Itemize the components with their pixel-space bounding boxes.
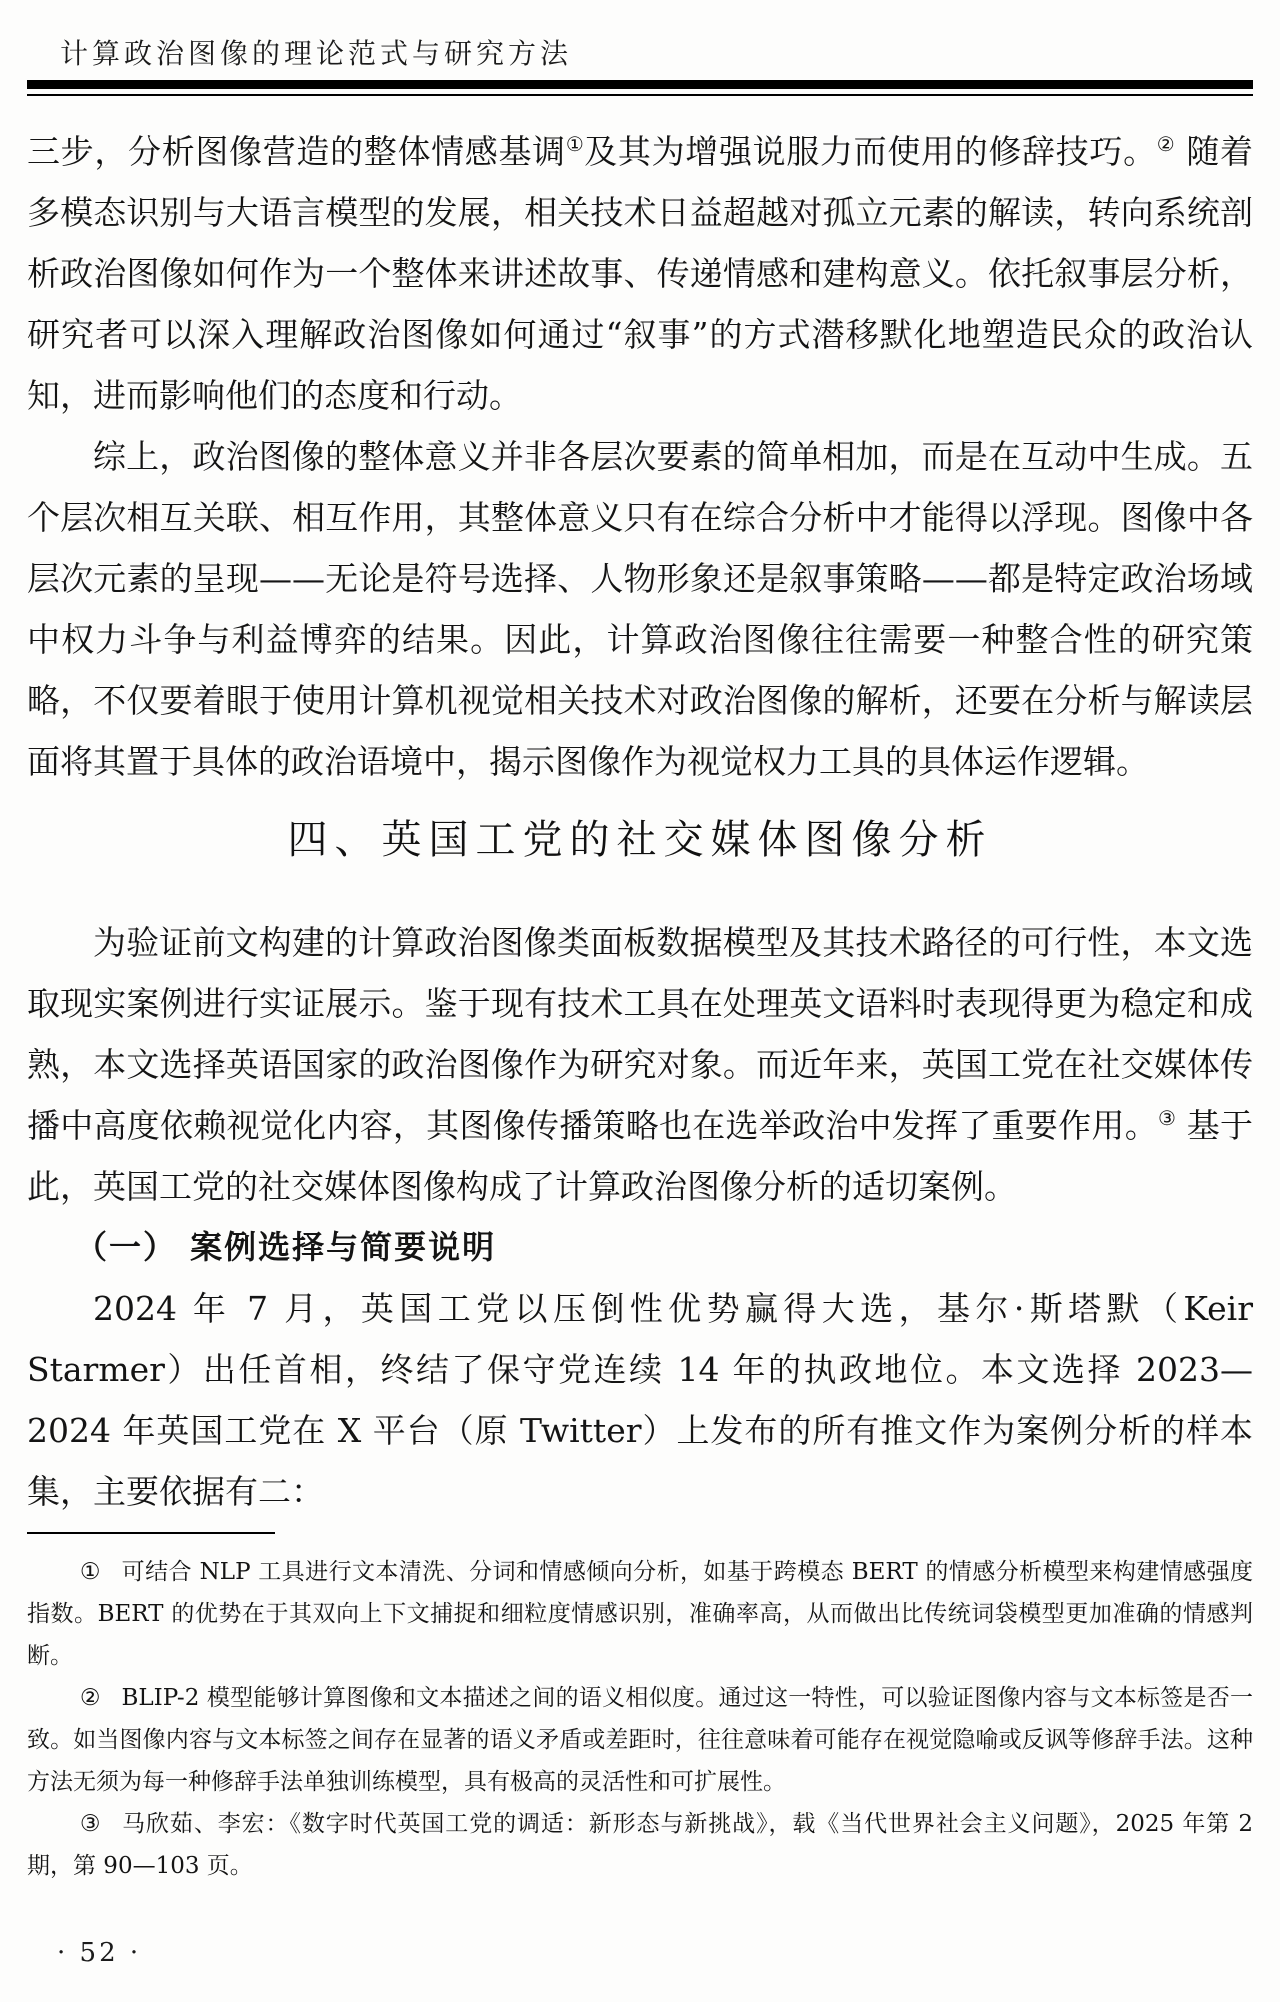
- subsection-heading: （一） 案例选择与简要说明: [27, 1217, 1253, 1278]
- footnote-reference-mark: ①: [566, 133, 584, 156]
- footnote-reference-mark: ③: [1158, 1107, 1176, 1130]
- footnote-3-marker: ③: [80, 1811, 102, 1837]
- footnote-reference-mark: ②: [1157, 133, 1175, 156]
- header-rule-thick: [27, 80, 1253, 89]
- body-paragraph-2: 综上，政治图像的整体意义并非各层次要素的简单相加，而是在互动中生成。五个层次相互…: [27, 426, 1253, 792]
- article-body: 三步，分析图像营造的整体情感基调①及其为增强说服力而使用的修辞技巧。② 随着多模…: [27, 121, 1253, 1522]
- footnotes-block: ①可结合 NLP 工具进行文本清洗、分词和情感倾向分析，如基于跨模态 BERT …: [27, 1551, 1253, 1887]
- journal-page: 计算政治图像的理论范式与研究方法 三步，分析图像营造的整体情感基调①及其为增强说…: [0, 0, 1280, 2002]
- header-rule-thin: [27, 94, 1253, 96]
- footnote-2-marker: ②: [80, 1685, 101, 1711]
- body-paragraph-1: 三步，分析图像营造的整体情感基调①及其为增强说服力而使用的修辞技巧。② 随着多模…: [27, 121, 1253, 426]
- footnote-1: ①可结合 NLP 工具进行文本清洗、分词和情感倾向分析，如基于跨模态 BERT …: [27, 1551, 1253, 1677]
- section-heading: 四、英国工党的社交媒体图像分析: [27, 808, 1253, 872]
- footnote-2-text: BLIP-2 模型能够计算图像和文本描述之间的语义相似度。通过这一特性，可以验证…: [27, 1685, 1253, 1795]
- body-paragraph-4: 2024 年 7 月，英国工党以压倒性优势赢得大选，基尔·斯塔默（Keir St…: [27, 1278, 1253, 1522]
- footnote-1-text: 可结合 NLP 工具进行文本清洗、分词和情感倾向分析，如基于跨模态 BERT 的…: [27, 1559, 1253, 1669]
- footnote-3: ③马欣茹、李宏：《数字时代英国工党的调适：新形态与新挑战》，载《当代世界社会主义…: [27, 1803, 1253, 1887]
- footnote-1-marker: ①: [80, 1559, 101, 1585]
- body-paragraph-3: 为验证前文构建的计算政治图像类面板数据模型及其技术路径的可行性，本文选取现实案例…: [27, 912, 1253, 1217]
- footnote-separator-rule: [27, 1532, 275, 1534]
- page-number: · 52 ·: [57, 1938, 141, 1968]
- footnote-2: ②BLIP-2 模型能够计算图像和文本描述之间的语义相似度。通过这一特性，可以验…: [27, 1677, 1253, 1803]
- running-head-title: 计算政治图像的理论范式与研究方法: [60, 37, 1253, 71]
- footnote-3-text: 马欣茹、李宏：《数字时代英国工党的调适：新形态与新挑战》，载《当代世界社会主义问…: [27, 1811, 1253, 1879]
